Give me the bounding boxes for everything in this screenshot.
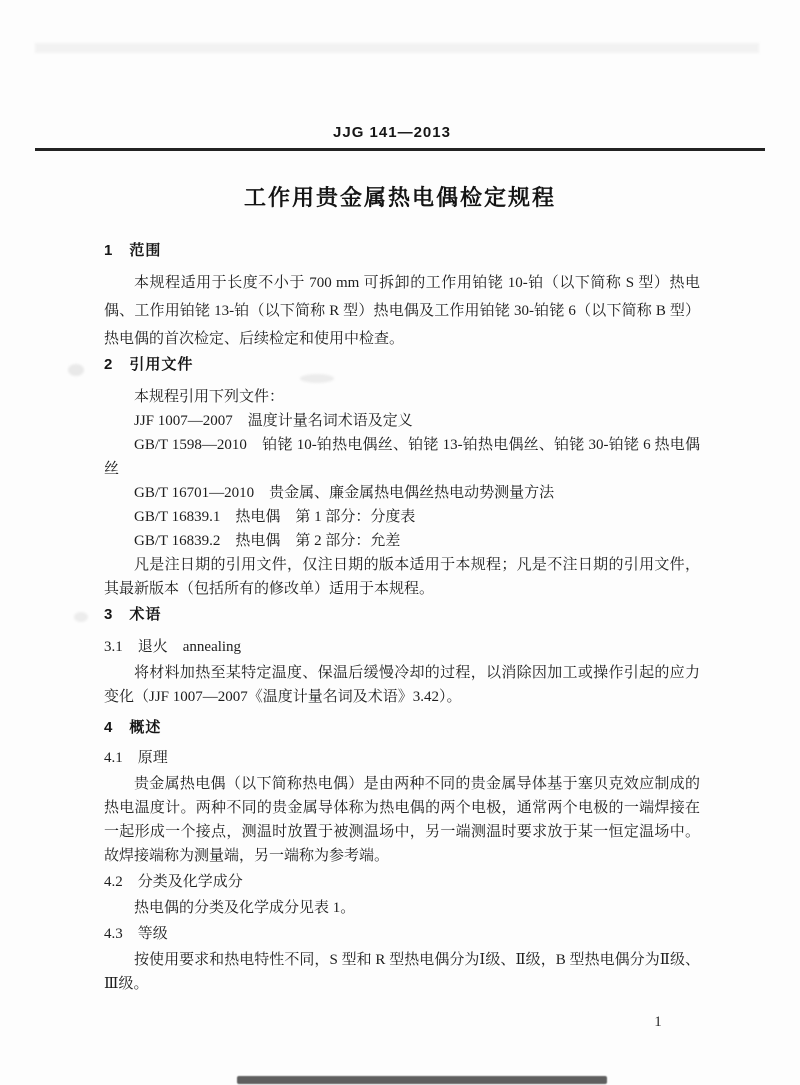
section-heading: 3 术语	[104, 602, 700, 627]
scan-smudge	[68, 364, 84, 376]
reference-item: JJF 1007—2007 温度计量名词术语及定义	[104, 409, 700, 433]
scan-artifact-top-band	[35, 43, 759, 53]
section-terms: 3 术语 3.1 退火 annealing 将材料加热至某特定温度、保温后缓慢冷…	[104, 602, 700, 709]
paragraph: 本规程引用下列文件：	[104, 385, 700, 409]
section-heading: 4 概述	[104, 715, 700, 740]
document-title: 工作用贵金属热电偶检定规程	[0, 181, 800, 212]
standard-code: JJG 141—2013	[0, 124, 784, 141]
section-references: 2 引用文件 本规程引用下列文件： JJF 1007—2007 温度计量名词术语…	[104, 352, 700, 601]
paragraph: 热电偶的分类及化学成分见表 1。	[104, 896, 700, 920]
section-overview: 4 概述 4.1 原理 贵金属热电偶（以下简称热电偶）是由两种不同的贵金属导体基…	[104, 715, 700, 996]
paragraph: 按使用要求和热电特性不同，S 型和 R 型热电偶分为Ⅰ级、Ⅱ级，B 型热电偶分为…	[104, 948, 700, 996]
reference-item: GB/T 16839.2 热电偶 第 2 部分：允差	[104, 529, 700, 553]
scan-artifact-bottom-bar	[237, 1076, 607, 1084]
section-scope: 1 范围 本规程适用于长度不小于 700 mm 可拆卸的工作用铂铑 10-铂（以…	[104, 238, 700, 353]
reference-item: GB/T 16839.1 热电偶 第 1 部分：分度表	[104, 505, 700, 529]
section-heading: 2 引用文件	[104, 352, 700, 377]
subsection-heading: 4.1 原理	[104, 746, 700, 770]
subsection-heading: 4.2 分类及化学成分	[104, 870, 700, 894]
subsection-heading: 3.1 退火 annealing	[104, 635, 700, 659]
reference-item: GB/T 1598—2010 铂铑 10-铂热电偶丝、铂铑 13-铂热电偶丝、铂…	[104, 433, 700, 481]
header-divider	[35, 148, 765, 151]
scan-smudge	[74, 612, 88, 622]
page-number: 1	[648, 1014, 668, 1031]
section-heading: 1 范围	[104, 238, 700, 263]
document-page: JJG 141—2013 工作用贵金属热电偶检定规程 1 范围 本规程适用于长度…	[0, 0, 800, 1085]
subsection-heading: 4.3 等级	[104, 922, 700, 946]
paragraph: 贵金属热电偶（以下简称热电偶）是由两种不同的贵金属导体基于塞贝克效应制成的热电温…	[104, 772, 700, 868]
paragraph: 本规程适用于长度不小于 700 mm 可拆卸的工作用铂铑 10-铂（以下简称 S…	[104, 269, 700, 353]
paragraph: 凡是注日期的引用文件，仅注日期的版本适用于本规程；凡是不注日期的引用文件，其最新…	[104, 553, 700, 601]
reference-list: 本规程引用下列文件： JJF 1007—2007 温度计量名词术语及定义 GB/…	[104, 385, 700, 601]
reference-item: GB/T 16701—2010 贵金属、廉金属热电偶丝热电动势测量方法	[104, 481, 700, 505]
paragraph: 将材料加热至某特定温度、保温后缓慢冷却的过程，以消除因加工或操作引起的应力变化（…	[104, 661, 700, 709]
